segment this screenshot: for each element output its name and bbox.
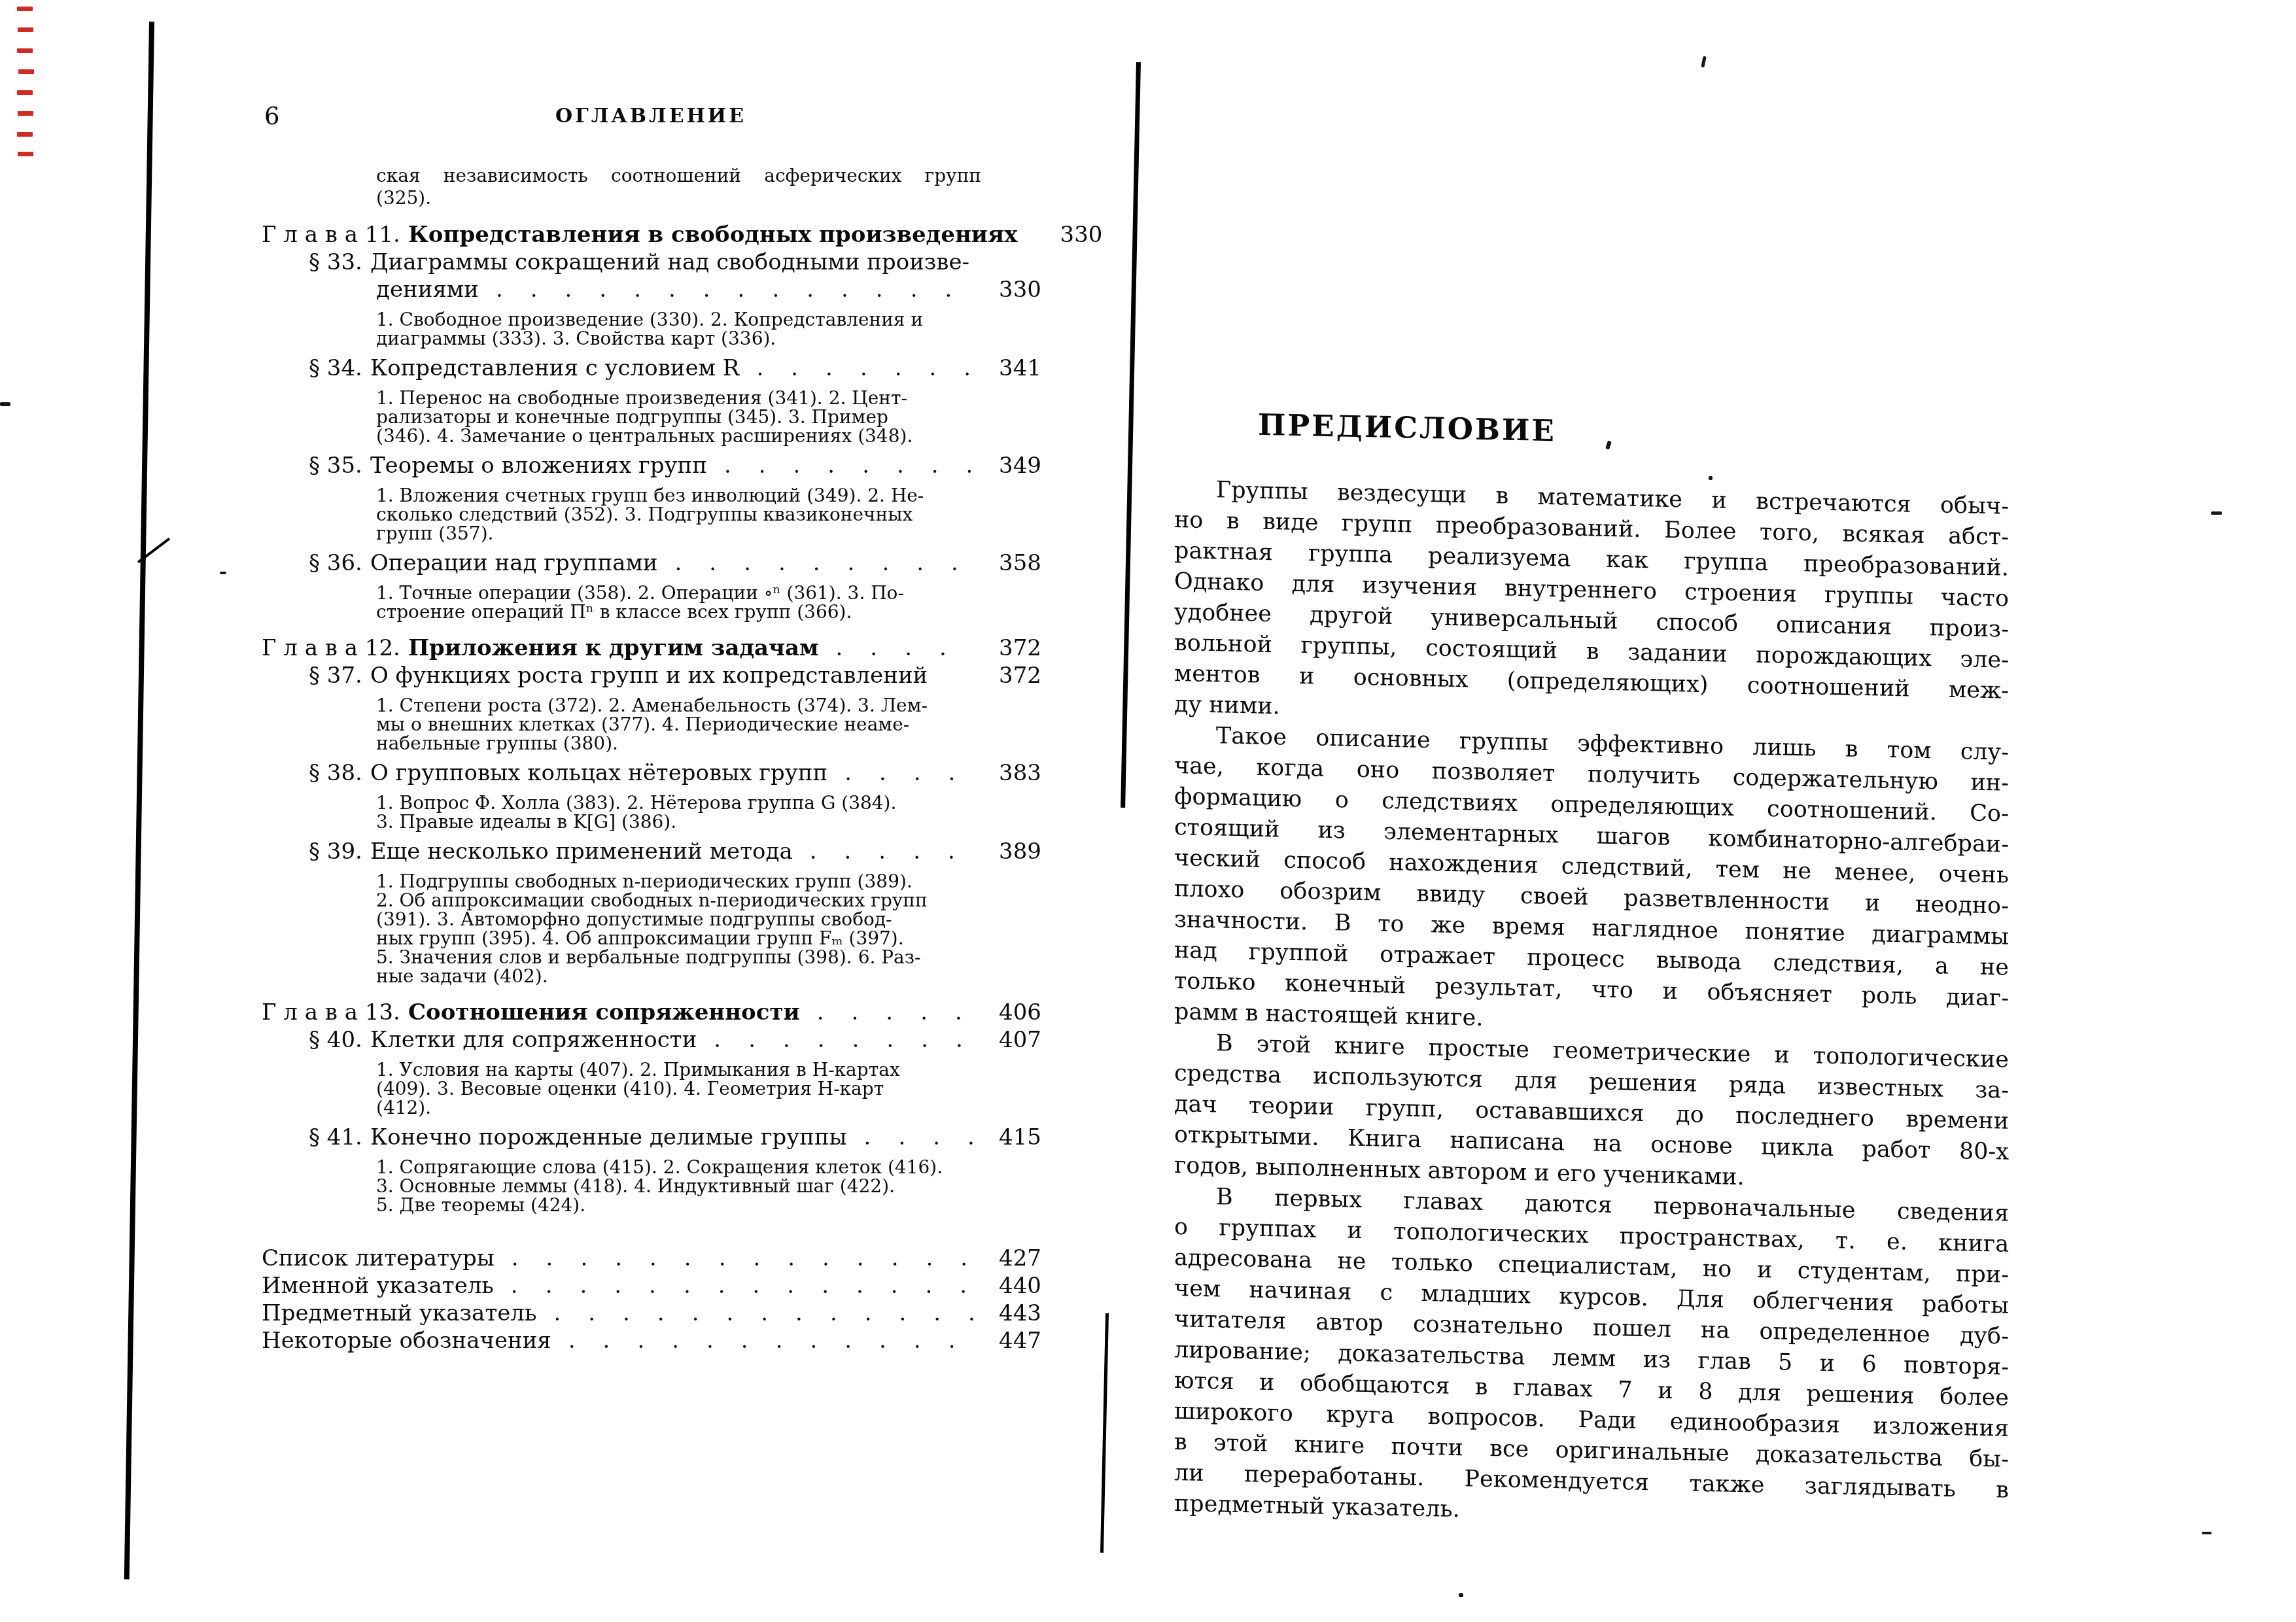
- toc-chapter-13: Г л а в а 13. Соотношения сопряженности …: [262, 999, 1041, 1026]
- toc-subitems: 1. Подгруппы свободных n-периодических г…: [262, 872, 1041, 891]
- toc-section-34: § 34. Копредставления с условием R .....…: [262, 354, 1041, 382]
- toc-subitems: рализаторы и конечные подгруппы (345). 3…: [262, 407, 1041, 426]
- scan-speck: [2202, 1532, 2212, 1534]
- red-margin-mark: [17, 90, 33, 95]
- toc-section-37: § 37. О функциях роста групп и их копред…: [262, 662, 1041, 689]
- red-margin-mark: [17, 132, 33, 137]
- left-page-edge-line: [124, 22, 154, 1579]
- toc-subitems: (412).: [262, 1098, 1041, 1117]
- scanned-book-spread: { "ui": { "dots": ".....................…: [0, 0, 2296, 1622]
- toc-section-33: § 33. Диаграммы сокращений над свободным…: [262, 249, 1041, 276]
- toc-subitems: 1. Точные операции (358). 2. Операции ∘ⁿ…: [262, 583, 1041, 602]
- toc-subitems: 5. Значения слов и вербальные подгруппы …: [262, 948, 1041, 967]
- toc-notation: Некоторые обозначения ..................…: [262, 1327, 1041, 1355]
- toc-subitems: ные задачи (402).: [262, 967, 1041, 986]
- scan-speck: [2211, 511, 2222, 515]
- red-margin-mark: [18, 27, 33, 32]
- toc-name-index: Именной указатель ......................…: [262, 1272, 1041, 1300]
- toc-continuation-line: (325).: [376, 187, 981, 209]
- scan-speck: [220, 572, 226, 574]
- center-gutter-line-upper: [1121, 62, 1141, 808]
- toc-chapter-12: Г л а в а 12. Приложения к другим задача…: [262, 634, 1041, 662]
- toc-subitems: (409). 3. Весовые оценки (410). 4. Геоме…: [262, 1079, 1041, 1098]
- center-gutter-line-lower: [1100, 1313, 1109, 1553]
- preface-page: ПРЕДИСЛОВИЕ Группы вездесущи в математик…: [1174, 405, 2009, 1537]
- toc-subitems: сколько следствий (352). 3. Подгруппы кв…: [262, 505, 1041, 524]
- toc-subitems: мы о внешних клетках (377). 4. Периодиче…: [262, 715, 1041, 734]
- toc-subitems: (346). 4. Замечание о центральных расшир…: [262, 426, 1041, 445]
- toc-subitems: 1. Условия на карты (407). 2. Примыкания…: [262, 1060, 1041, 1079]
- toc-bibliography: Список литературы ......................…: [262, 1245, 1041, 1272]
- toc-section-40: § 40. Клетки для сопряженности .........…: [262, 1026, 1041, 1054]
- toc-section-35: § 35. Теоремы о вложениях групп ........…: [262, 452, 1041, 479]
- toc-chapter-11: Г л а в а 11. Копредставления в свободны…: [262, 221, 1041, 249]
- toc-subitems: набельные группы (380).: [262, 734, 1041, 753]
- toc-continuation: ская независимость соотношений асферичес…: [376, 165, 981, 209]
- toc-section-39: § 39. Еще несколько применений метода ..…: [262, 838, 1041, 865]
- toc-subitems: 1. Перенос на свободные произведения (34…: [262, 388, 1041, 407]
- toc-subitems: 5. Две теоремы (424).: [262, 1196, 1041, 1215]
- toc-subitems: ных групп (395). 4. Об аппроксимации гру…: [262, 929, 1041, 948]
- toc-continuation-line: ская независимость соотношений асферичес…: [376, 165, 981, 187]
- toc-subitems: 3. Основные леммы (418). 4. Индуктивный …: [262, 1177, 1041, 1196]
- toc-section-36: § 36. Операции над группами ............…: [262, 549, 1041, 577]
- toc-subitems: 1. Вложения счетных групп без инволюций …: [262, 486, 1041, 505]
- toc-subitems: групп (357).: [262, 524, 1041, 543]
- toc-subitems: 1. Сопрягающие слова (415). 2. Сокращени…: [262, 1158, 1041, 1177]
- red-margin-mark: [17, 7, 33, 11]
- toc-subitems: строение операций Пⁿ в классе всех групп…: [262, 602, 1041, 621]
- toc-section-38: § 38. О групповых кольцах нётеровых груп…: [262, 759, 1041, 787]
- red-margin-mark: [18, 111, 33, 116]
- toc-subitems: 1. Свободное произведение (330). 2. Копр…: [262, 310, 1041, 329]
- red-margin-mark: [18, 69, 34, 74]
- toc-subitems: 1. Степени роста (372). 2. Аменабельност…: [262, 696, 1041, 715]
- red-margin-mark: [17, 48, 33, 53]
- red-margin-mark: [18, 152, 33, 156]
- toc-subitems: диаграммы (333). 3. Свойства карт (336).: [262, 329, 1041, 348]
- toc-subitems: 1. Вопрос Ф. Холла (383). 2. Нётерова гр…: [262, 793, 1041, 812]
- toc-title: ОГЛАВЛЕНИЕ: [262, 105, 1040, 128]
- toc-subject-index: Предметный указатель ...................…: [262, 1300, 1041, 1327]
- toc-section-33-cont: дениями ......................... 330: [262, 276, 1041, 303]
- scan-speck: [0, 402, 10, 406]
- scan-speck: [1459, 1593, 1463, 1597]
- toc-subitems: (391). 3. Автоморфно допустимые подгрупп…: [262, 910, 1041, 929]
- toc-subitems: 2. Об аппроксимации свободных n-периодич…: [262, 891, 1041, 910]
- toc-section-41: § 41. Конечно порожденные делимые группы…: [262, 1124, 1041, 1151]
- table-of-contents: Г л а в а 11. Копредставления в свободны…: [262, 221, 1041, 1355]
- toc-subitems: 3. Правые идеалы в K[G] (386).: [262, 812, 1041, 831]
- preface-title: ПРЕДИСЛОВИЕ: [1258, 407, 2009, 458]
- scan-speck: [1701, 56, 1706, 68]
